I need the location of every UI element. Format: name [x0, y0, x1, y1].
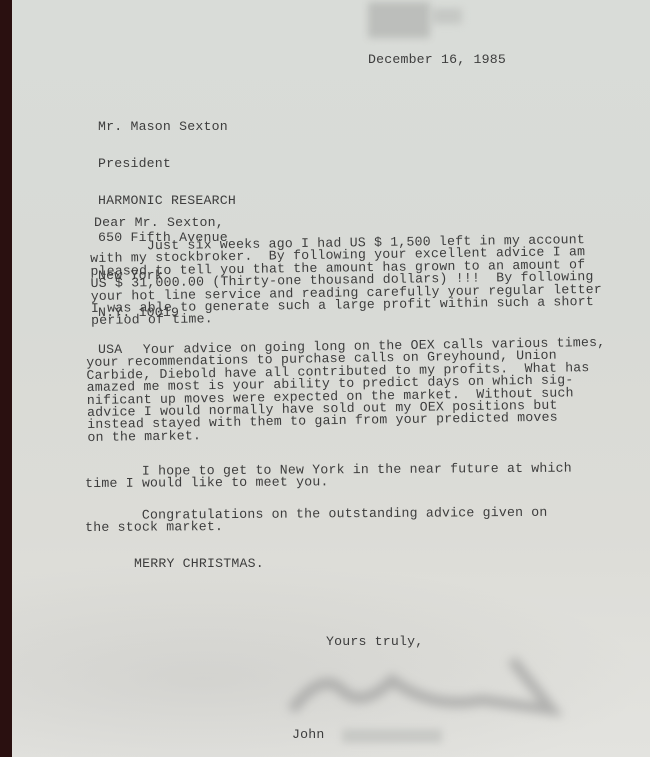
address-line: Mr. Mason Sexton: [98, 121, 236, 133]
address-line: President: [98, 158, 236, 170]
closing: Yours truly,: [326, 636, 423, 648]
redacted-letterhead-mark: [432, 8, 462, 24]
body-paragraph-2: Your advice on going long on the OEX cal…: [86, 337, 607, 444]
signer-name: John: [292, 729, 324, 741]
salutation: Dear Mr. Sexton,: [94, 217, 224, 229]
body-paragraph-3: I hope to get to New York in the near fu…: [85, 463, 572, 491]
redacted-surname: [342, 729, 442, 743]
letter-date: December 16, 1985: [368, 54, 506, 66]
letter-page: December 16, 1985 Mr. Mason Sexton Presi…: [12, 0, 650, 757]
body-paragraph-1: Just six weeks ago I had US $ 1,500 left…: [90, 234, 602, 328]
holiday-greeting: MERRY CHRISTMAS.: [134, 558, 264, 570]
body-paragraph-4: Congratulations on the outstanding advic…: [85, 507, 548, 535]
redacted-letterhead: [368, 2, 430, 38]
address-line: HARMONIC RESEARCH: [98, 195, 236, 207]
signature-redacted: [282, 650, 562, 720]
